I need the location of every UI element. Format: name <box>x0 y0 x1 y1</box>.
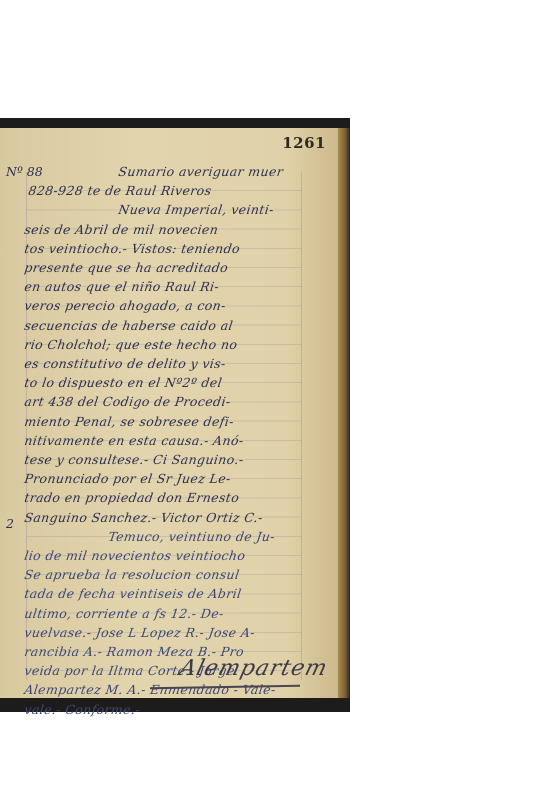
margin-note-number: 2 <box>6 516 14 531</box>
page-number: 1261 <box>282 134 326 152</box>
text-line: vale.- Conforme.- <box>22 702 141 724</box>
paper-page: 1261 Nº 88 2 Sumario averiguar muer 828-… <box>0 128 338 698</box>
signature: Alempartem <box>177 656 330 681</box>
margin-entry-number: Nº 88 <box>6 164 43 179</box>
book-spine-edge <box>338 128 350 698</box>
scanned-ledger-page: 1261 Nº 88 2 Sumario averiguar muer 828-… <box>0 118 350 712</box>
